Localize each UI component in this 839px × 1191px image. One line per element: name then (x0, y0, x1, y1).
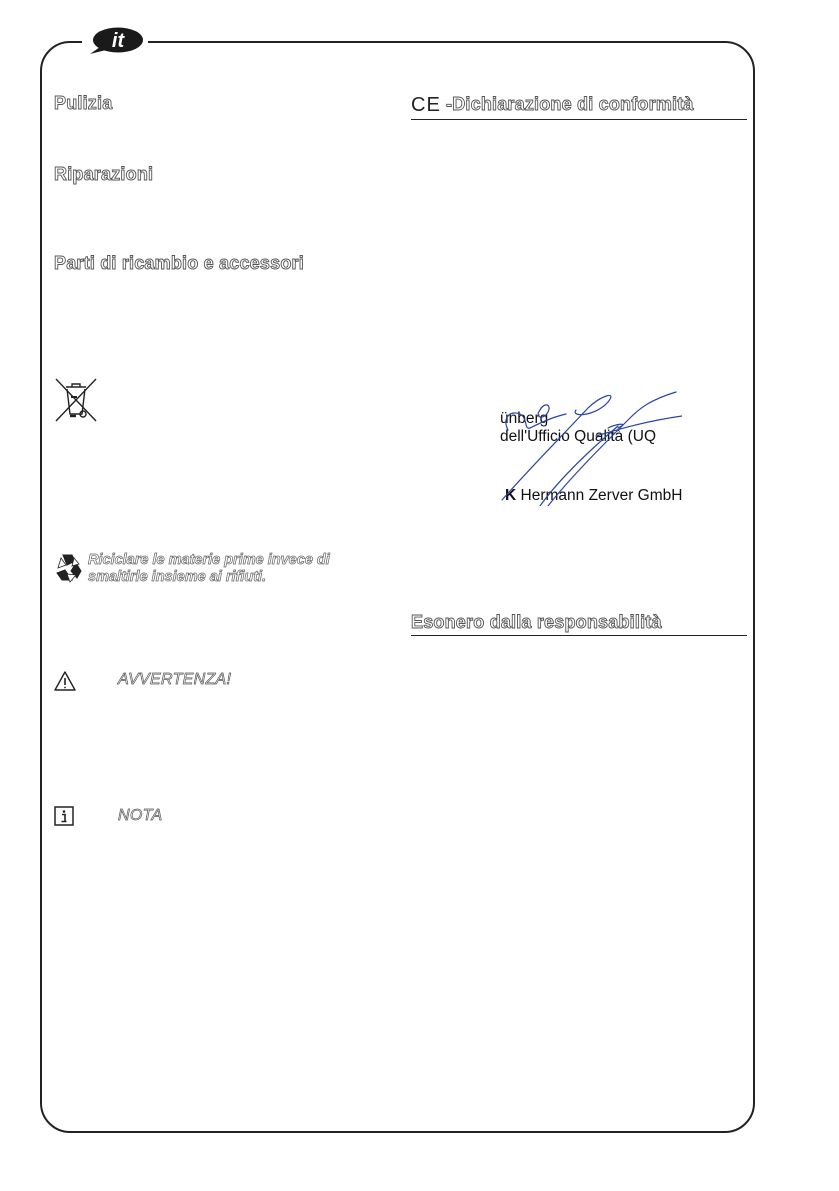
declaration-title: Dichiarazione di conformità (452, 94, 693, 114)
warning-triangle-icon (54, 670, 76, 692)
crossed-out-wheelie-bin-icon (54, 377, 98, 423)
speech-bubble-icon: it (88, 27, 144, 55)
heading-disclaimer: Esonero dalla responsabilità (411, 612, 747, 636)
warning-label: AVVERTENZA! (118, 671, 231, 689)
heading-spare-parts: Parti di ricambio e accessori (54, 253, 304, 274)
signature-block: ünberg dell'Ufficio Qualità (UQ K Herman… (500, 388, 682, 506)
recycle-notice: Riciclare le materie prime invece di sma… (88, 552, 378, 586)
heading-declaration-of-conformity: CE -Dichiarazione di conformità (411, 94, 747, 120)
language-badge: it (88, 27, 144, 55)
handwritten-signature (500, 388, 682, 506)
heading-repairs: Riparazioni (54, 164, 153, 185)
info-icon (54, 806, 74, 826)
recycle-icon (52, 552, 84, 584)
ce-mark-icon: CE (411, 94, 441, 117)
heading-cleaning: Pulizia (54, 93, 112, 114)
page-frame (40, 41, 755, 1133)
note-label: NOTA (118, 807, 162, 825)
svg-text:it: it (112, 30, 126, 52)
